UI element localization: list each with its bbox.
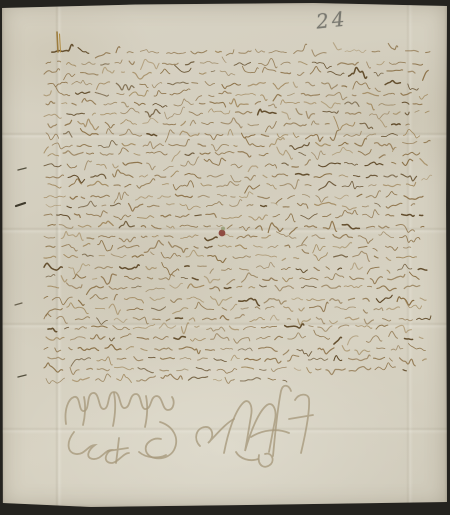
paper-sheet xyxy=(2,3,447,507)
manuscript-photo: 24 xyxy=(0,0,450,515)
archival-number: 24 xyxy=(315,6,349,33)
